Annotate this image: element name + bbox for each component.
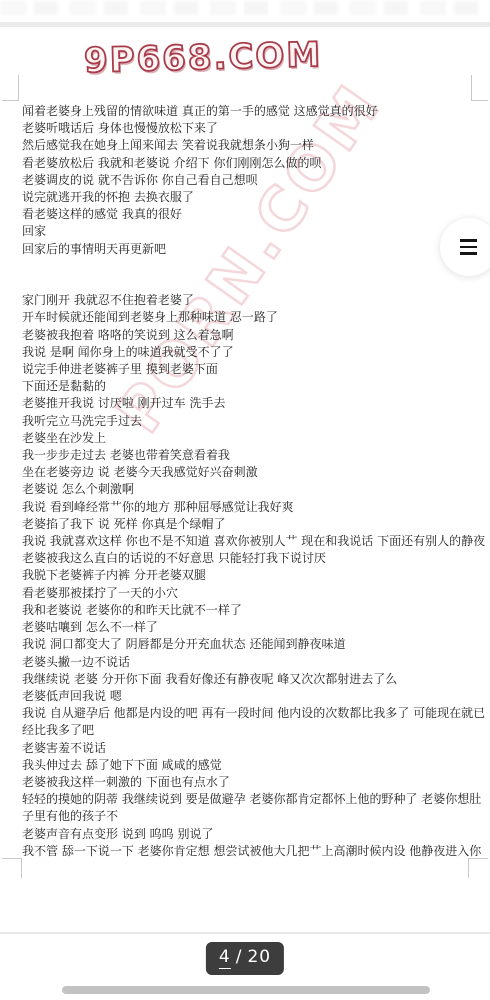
crop-corner-bottom-left xyxy=(2,858,22,878)
crop-corner-top-right xyxy=(471,75,488,101)
page-separator: / xyxy=(236,947,243,967)
crop-corner-top-left xyxy=(2,75,19,101)
top-divider xyxy=(0,22,490,27)
crop-corner-bottom-right xyxy=(468,858,488,878)
bottom-divider xyxy=(0,932,490,934)
chapter-text: 闻着老婆身上残留的情欲味道 真正的第一手的感觉 这感觉真的很好 老婆听哦话后 身… xyxy=(22,103,490,860)
site-logo-watermark: 9P668.COM xyxy=(84,35,323,81)
menu-button[interactable] xyxy=(440,218,490,276)
current-page-number: 4 xyxy=(219,947,231,969)
reader-page[interactable]: 9P668.COM PORN.COM 闻着老婆身上残留的情欲味道 真正的第一手的… xyxy=(0,0,490,1000)
page-indicator-badge[interactable]: 4 / 20 xyxy=(206,942,284,975)
total-page-count: 20 xyxy=(247,947,271,967)
ghost-text-strip xyxy=(0,1,490,15)
reading-progress-bar[interactable] xyxy=(62,986,430,994)
